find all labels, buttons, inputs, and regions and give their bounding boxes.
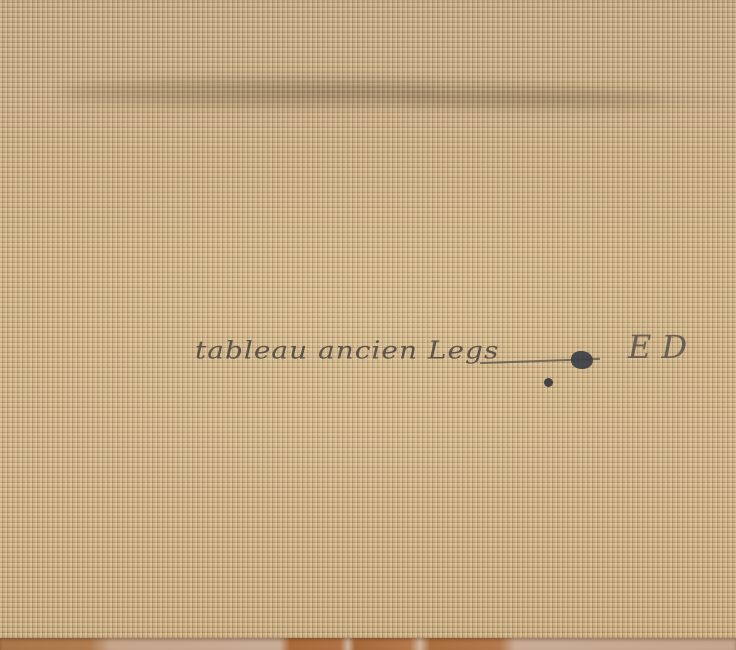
water-stain (400, 88, 660, 108)
wooden-stretcher-bar (0, 638, 736, 650)
canvas-back-photo: tableau ancien Legs E D (0, 0, 736, 650)
handwritten-inscription: tableau ancien Legs (195, 336, 499, 364)
ink-drop (544, 378, 553, 387)
water-stain (60, 80, 440, 106)
ink-blot (571, 351, 593, 369)
handwritten-initials: E D (628, 328, 687, 366)
